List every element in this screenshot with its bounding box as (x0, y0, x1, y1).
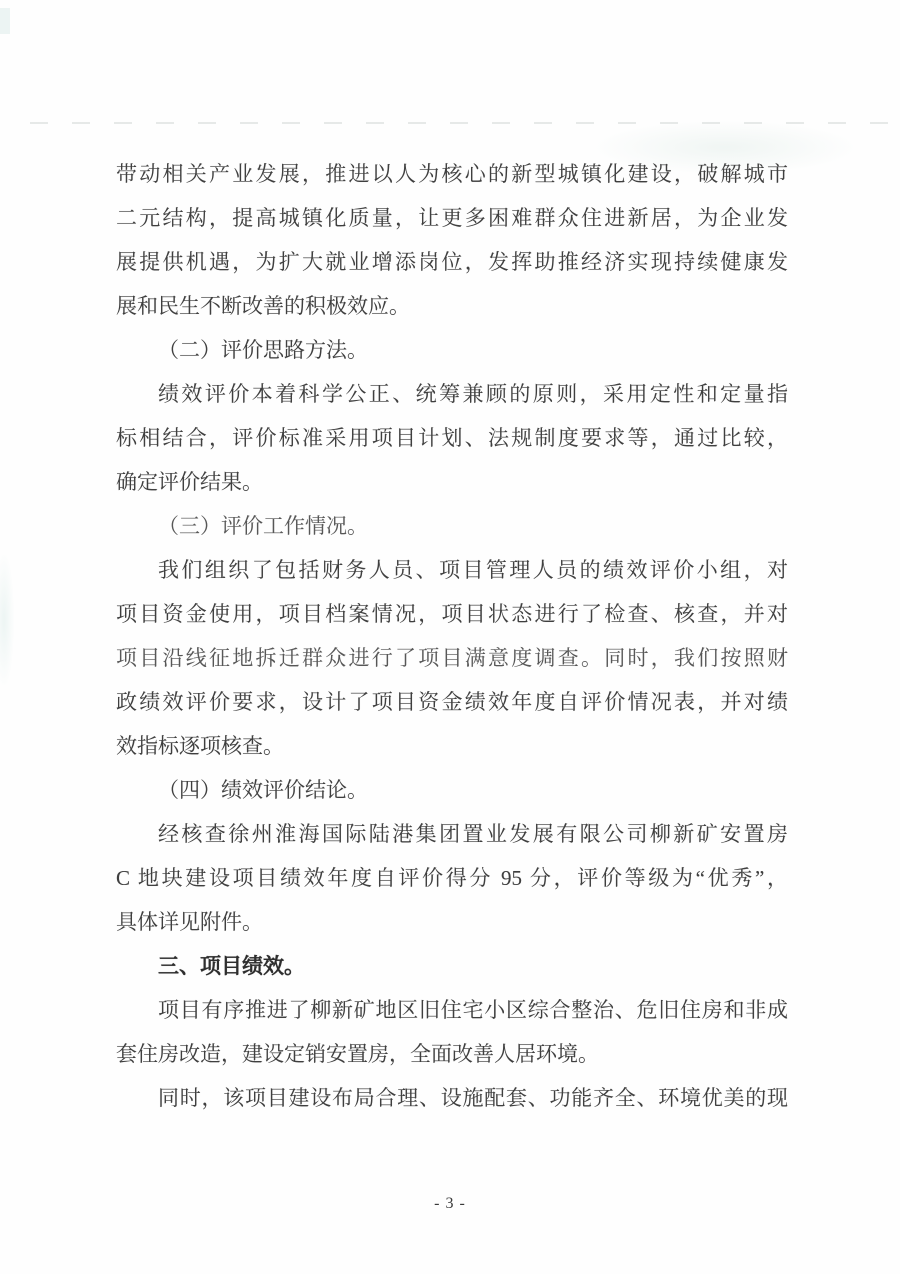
text-line: 经核查徐州淮海国际陆港集团置业发展有限公司柳新矿安置房 (116, 812, 788, 856)
scan-artifact-corner (0, 8, 10, 34)
document-body: 带动相关产业发展，推进以人为核心的新型城镇化建设，破解城市 二元结构，提高城镇化… (116, 152, 788, 1120)
text-line: 具体详见附件。 (116, 900, 788, 944)
text-line: 政绩效评价要求，设计了项目资金绩效年度自评价情况表，并对绩 (116, 680, 788, 724)
text-line: 标相结合，评价标准采用项目计划、法规制度要求等，通过比较， (116, 416, 788, 460)
text-line: 项目沿线征地拆迁群众进行了项目满意度调查。同时，我们按照财 (116, 636, 788, 680)
text-line: 同时，该项目建设布局合理、设施配套、功能齐全、环境优美的现 (116, 1076, 788, 1120)
scan-artifact-smudge (0, 555, 14, 685)
text-line: 套住房改造，建设定销安置房，全面改善人居环境。 (116, 1032, 788, 1076)
text-line: 项目有序推进了柳新矿地区旧住宅小区综合整治、危旧住房和非成 (116, 988, 788, 1032)
text-line: 效指标逐项核查。 (116, 724, 788, 768)
subsection-heading: （二）评价思路方法。 (116, 328, 788, 372)
text-line: 绩效评价本着科学公正、统筹兼顾的原则，采用定性和定量指 (116, 372, 788, 416)
text-line: 展和民生不断改善的积极效应。 (116, 284, 788, 328)
text-line: 二元结构，提高城镇化质量，让更多困难群众住进新居，为企业发 (116, 196, 788, 240)
text-line: C 地块建设项目绩效年度自评价得分 95 分，评价等级为“优秀”， (116, 856, 788, 900)
subsection-heading: （四）绩效评价结论。 (116, 768, 788, 812)
text-line: 带动相关产业发展，推进以人为核心的新型城镇化建设，破解城市 (116, 152, 788, 196)
text-line: 展提供机遇，为扩大就业增添岗位，发挥助推经济实现持续健康发 (116, 240, 788, 284)
page-number: - 3 - (0, 1192, 900, 1216)
document-page: 带动相关产业发展，推进以人为核心的新型城镇化建设，破解城市 二元结构，提高城镇化… (0, 0, 900, 1274)
text-line: 我们组织了包括财务人员、项目管理人员的绩效评价小组，对 (116, 548, 788, 592)
subsection-heading: （三）评价工作情况。 (116, 504, 788, 548)
text-line: 项目资金使用，项目档案情况，项目状态进行了检查、核查，并对 (116, 592, 788, 636)
text-line: 确定评价结果。 (116, 460, 788, 504)
section-heading: 三、项目绩效。 (116, 944, 788, 988)
